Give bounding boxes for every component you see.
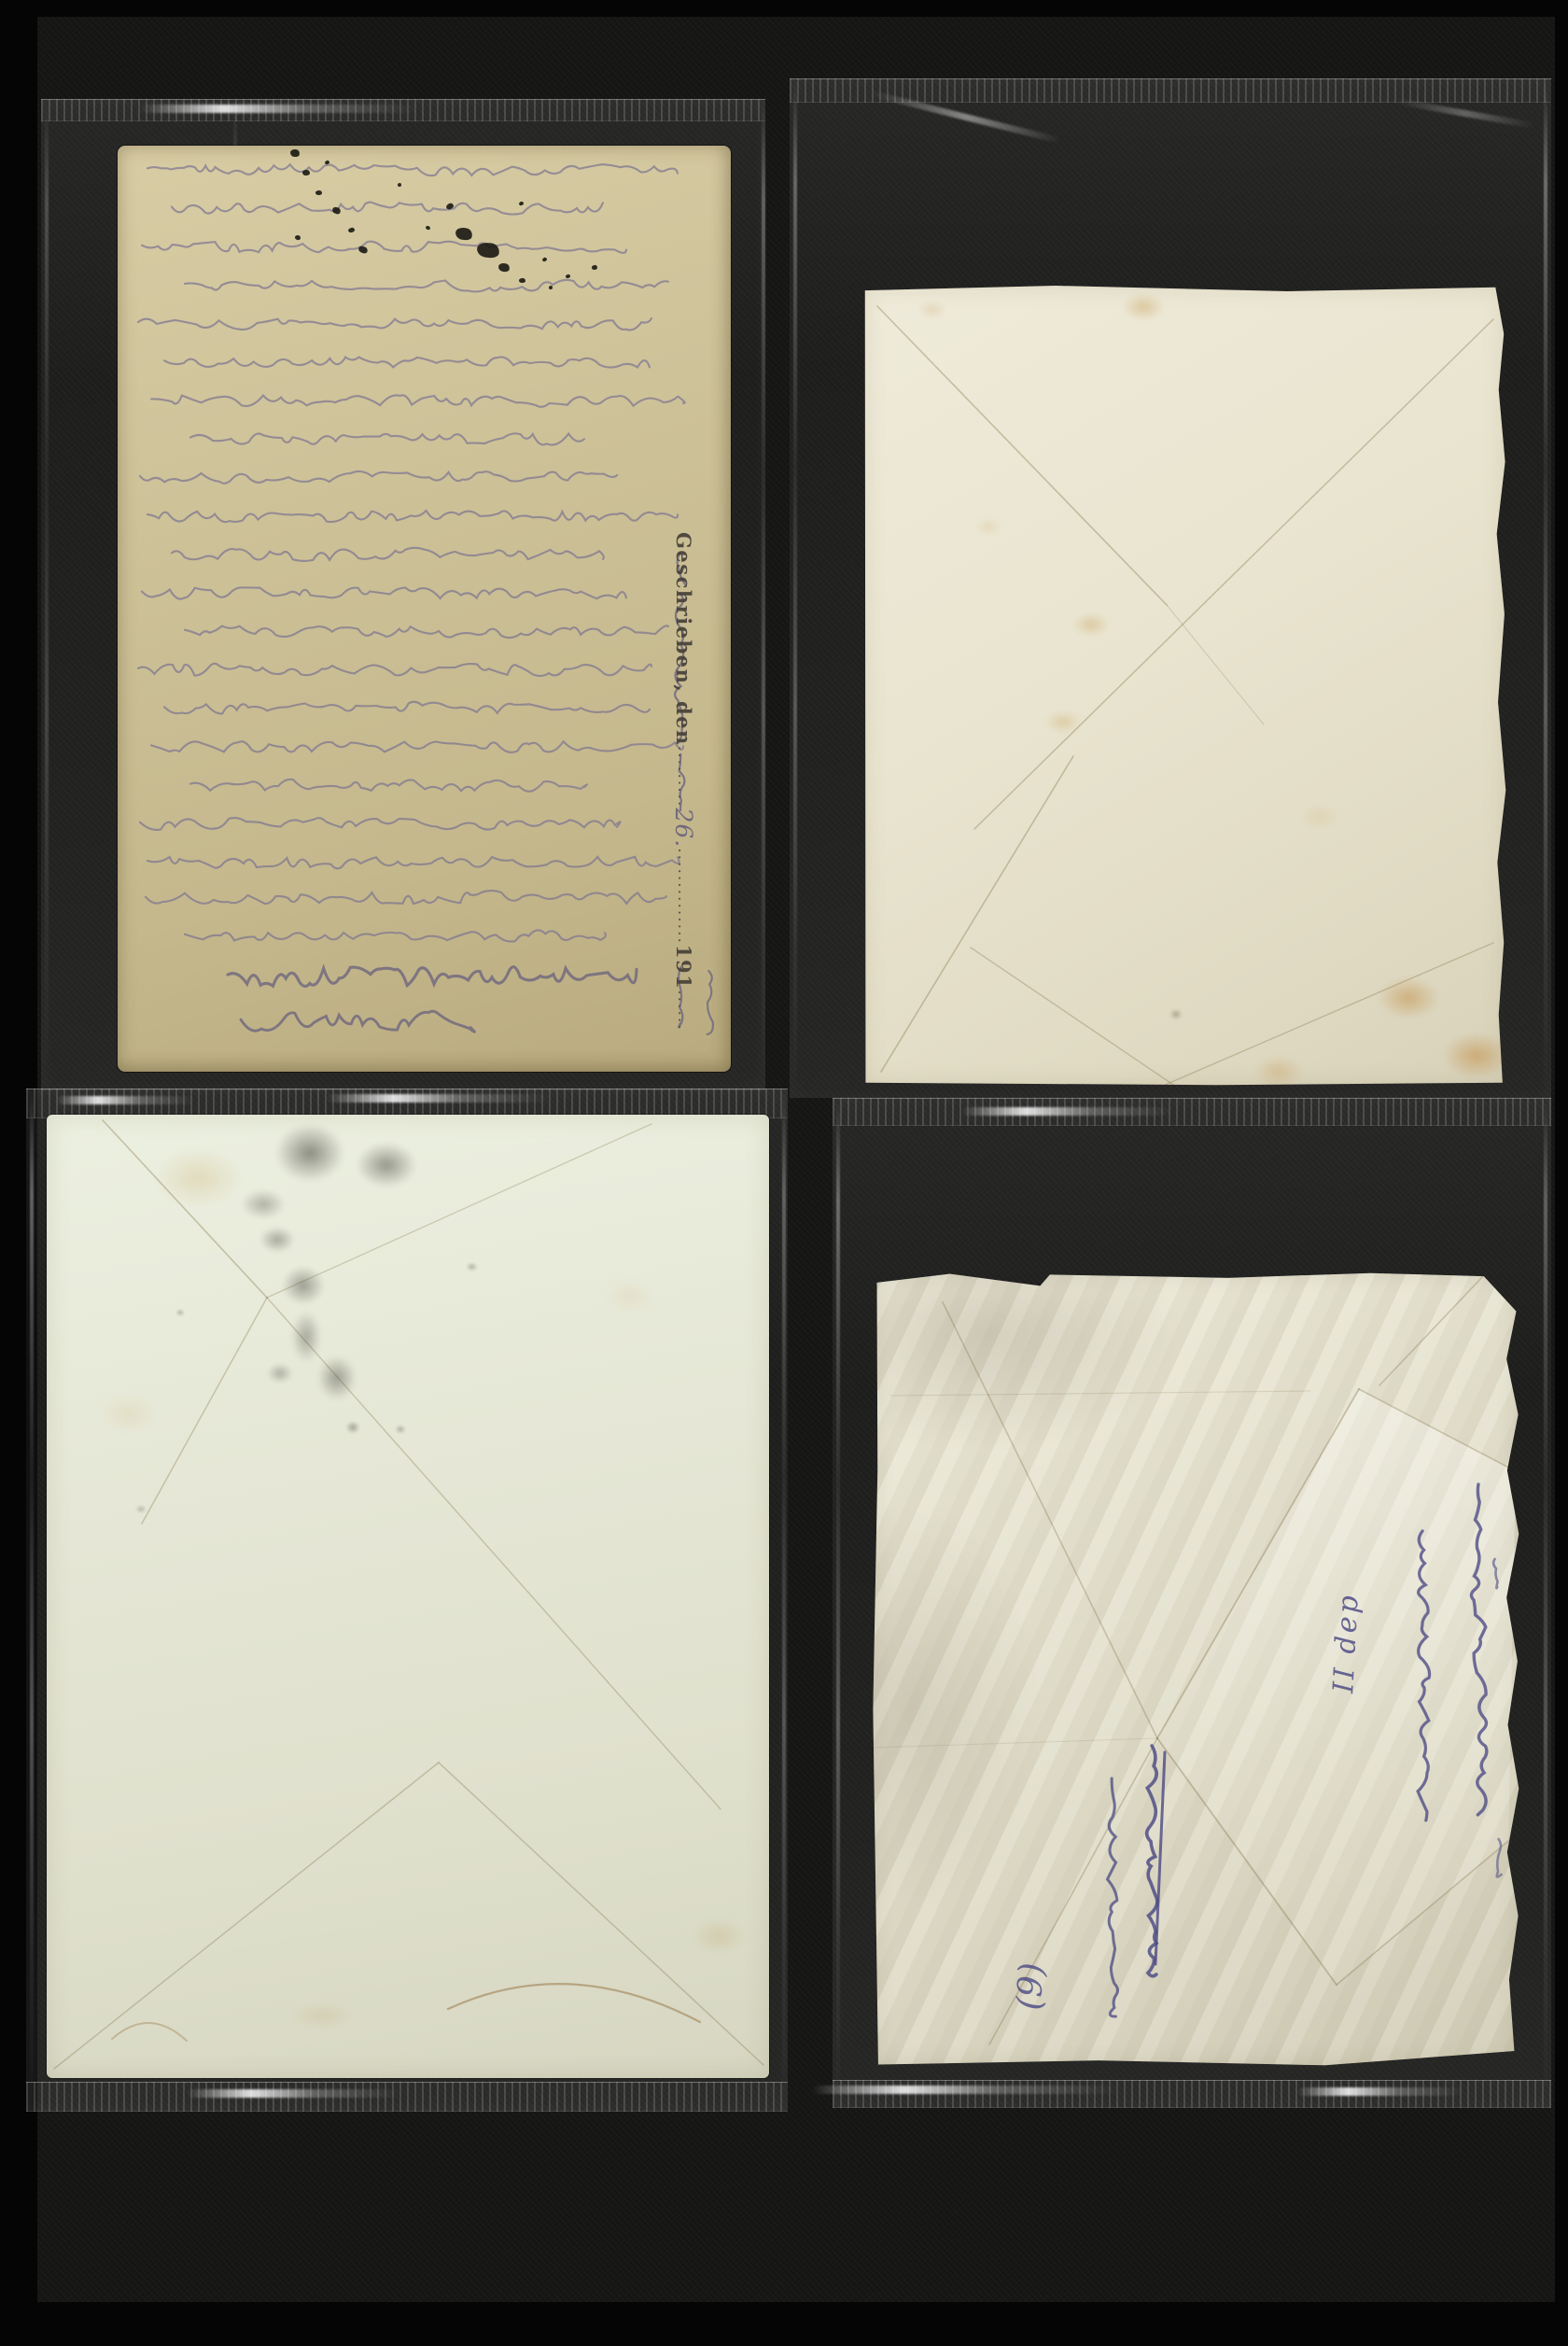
ink-smudge (317, 1356, 357, 1400)
foxing-stain (1301, 804, 1338, 830)
handwriting-squiggle (228, 967, 637, 987)
handwriting-squiggle (1493, 1559, 1498, 1588)
plastic-edge-highlight (1544, 1102, 1547, 2104)
crease-line (877, 306, 1167, 605)
foxing-stain (1443, 1033, 1506, 1079)
album-photo: Geschrieben, den.........26.............… (0, 0, 1568, 2346)
ink-smudge (175, 1309, 185, 1316)
crease-line (1157, 1738, 1337, 1985)
handwriting-squiggle (138, 318, 651, 330)
handwriting-squiggle (146, 891, 666, 904)
foxing-stain (1254, 1055, 1303, 1087)
handwriting-squiggle (164, 357, 650, 367)
printed-label: Geschrieben, den (672, 532, 695, 746)
handwriting-squiggle (1471, 1484, 1486, 1815)
handwriting-squiggle (142, 242, 626, 253)
crease-line (1148, 943, 1493, 1087)
foxing-stain (99, 1393, 159, 1434)
wrinkle-line (448, 1984, 700, 2022)
foxing-stain (154, 1148, 243, 1208)
ink-smudge (395, 1425, 406, 1434)
foxing-stain (605, 1279, 655, 1314)
handwriting-squiggle (190, 780, 587, 792)
handwriting-squiggle (707, 971, 713, 1034)
handwriting-squiggle (147, 511, 678, 522)
ink-speck (302, 170, 310, 176)
crease-line (1337, 1841, 1508, 1985)
wrinkle-line (112, 2023, 187, 2041)
crease-line (54, 1763, 439, 2069)
handwriting-squiggle (147, 164, 678, 176)
ink-speck (519, 278, 525, 283)
ink-smudge (282, 1266, 325, 1305)
handwriting-squiggle (142, 587, 626, 598)
foxing-stain (289, 2002, 355, 2030)
plastic-edge-highlight (30, 1092, 34, 2108)
ink-smudge (291, 1311, 321, 1363)
plastic-edge-highlight (762, 101, 765, 1087)
dotted-leader: ......... (674, 746, 693, 808)
handwriting-squiggle (1497, 1839, 1502, 1876)
indigo-handwriting (872, 1271, 1519, 2067)
crease-line (1167, 605, 1264, 724)
handwritten-day: 26. (670, 808, 697, 848)
ink-smudge (275, 1124, 344, 1182)
foxing-stain (1378, 976, 1439, 1019)
crease-line (974, 319, 1493, 829)
plastic-glint (812, 2086, 1120, 2094)
handwriting-squiggle (185, 930, 606, 941)
plastic-edge-highlight (836, 1102, 840, 2104)
ink-speck (315, 190, 322, 195)
plastic-glint (140, 105, 420, 113)
crease-line (874, 1738, 1157, 1748)
handwritten-number: (9) (1010, 1943, 1059, 2030)
handwriting-squiggle (172, 203, 603, 215)
handwriting-squiggle (138, 664, 651, 676)
dotted-leader: ...... (674, 990, 693, 1031)
crease-line (881, 756, 1073, 1072)
plastic-glint (1297, 2087, 1465, 2096)
handwriting-squiggle (185, 625, 668, 638)
handwriting-squiggle (172, 548, 604, 561)
plastic-glint (327, 1094, 551, 1103)
handwriting-squiggle (241, 1011, 474, 1032)
handwriting-squiggle (140, 471, 617, 484)
foxing-stain (1072, 612, 1110, 637)
handwriting-squiggle (140, 818, 621, 830)
crease-line (1379, 1275, 1484, 1385)
foxing-stain (1045, 710, 1081, 734)
ink-smudge (357, 1143, 416, 1187)
envelope-creases (862, 286, 1506, 1087)
printed-form-line: Geschrieben, den.........26.............… (670, 532, 697, 1044)
crease-line (1359, 1389, 1516, 1471)
foxing-stain (691, 1918, 747, 1955)
handwriting-squiggle (151, 741, 683, 752)
envelope-back-top-right (862, 286, 1506, 1087)
ink-smudge (267, 1363, 293, 1384)
handwriting-squiggle (185, 280, 668, 292)
printed-year-prefix: 191 (672, 945, 695, 990)
handwriting-squiggle (164, 702, 650, 714)
crease-line (1155, 1752, 1165, 1964)
handwriting-squiggle (147, 857, 679, 868)
foxing-stain (1122, 293, 1165, 321)
feldpost-postcard: Geschrieben, den.........26.............… (118, 146, 731, 1072)
crease-line (142, 1298, 267, 1524)
foxing-stain (918, 301, 946, 319)
handwriting-squiggle (1418, 1531, 1430, 1820)
envelope-creases (47, 1115, 769, 2078)
foxing-stain (974, 517, 1002, 536)
pencil-handwriting (118, 146, 731, 1072)
plastic-edge-highlight (793, 80, 797, 1094)
plastic-edge-highlight (1544, 82, 1547, 1094)
handwriting-squiggle (190, 433, 584, 444)
envelope-back-bottom-right: II dep (9) (872, 1271, 1519, 2067)
plastic-glint (187, 2089, 401, 2098)
plastic-edge-highlight (45, 105, 49, 1085)
crease-line (943, 1302, 1157, 1738)
handwriting-squiggle (151, 395, 685, 406)
plastic-edge-highlight (782, 1092, 786, 2106)
sleeve-weld (833, 1098, 1551, 1126)
sleeve-weld (26, 2082, 788, 2112)
dotted-leader: .............. (674, 848, 693, 945)
envelope-back-bottom-left (47, 1115, 769, 2078)
crease-line (890, 1391, 1310, 1396)
crease-line (439, 1763, 763, 2065)
crease-line (971, 948, 1182, 1087)
foxing-stain (1170, 1010, 1182, 1018)
ink-smudge (466, 1262, 478, 1271)
ink-smudge (259, 1227, 295, 1253)
plastic-glint (56, 1096, 196, 1104)
plastic-glint (961, 1107, 1176, 1116)
ink-smudge (241, 1189, 286, 1219)
ink-smudge (345, 1421, 360, 1434)
ink-smudge (135, 1505, 147, 1513)
